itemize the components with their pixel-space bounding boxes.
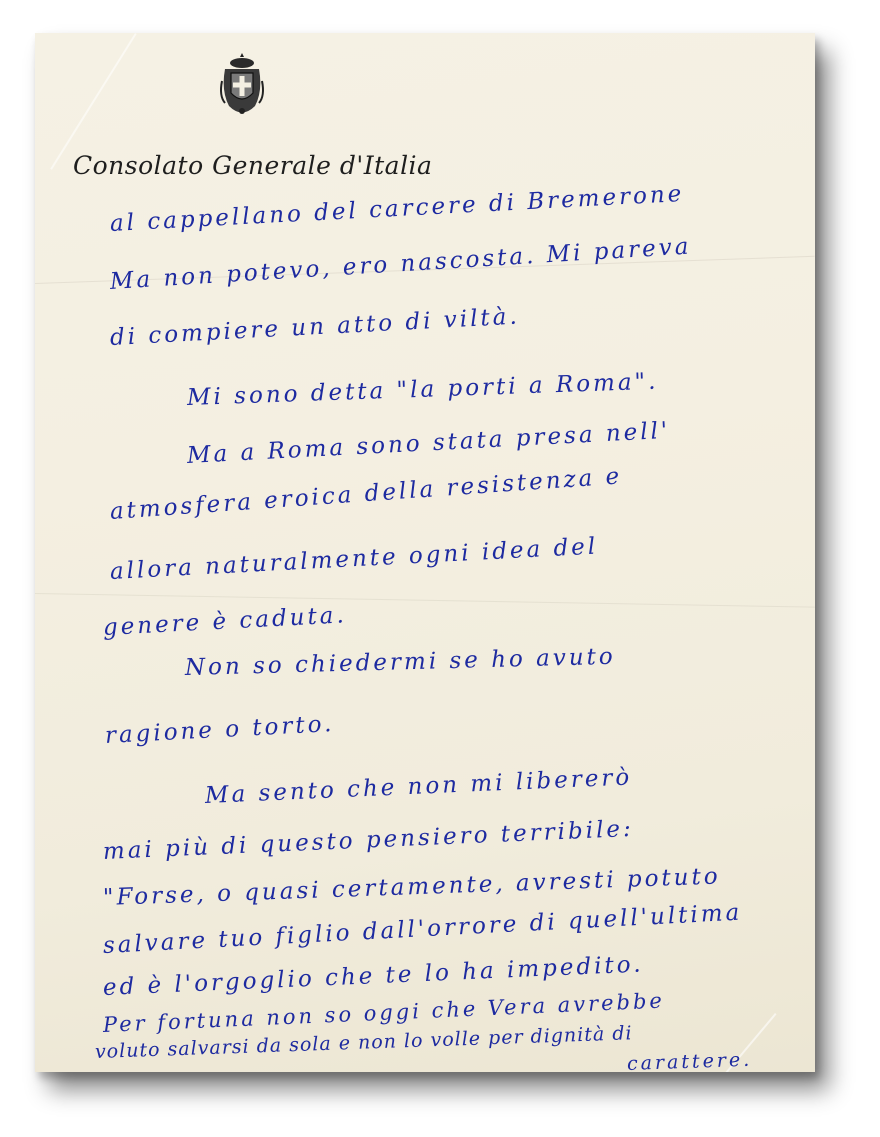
savoy-crest-icon: [217, 51, 267, 121]
handwritten-line: allora naturalmente ogni idea del: [109, 533, 598, 585]
handwritten-line: ragione o torto.: [104, 711, 335, 749]
handwritten-line: salvare tuo figlio dall'orrore di quell'…: [102, 900, 743, 959]
letterhead-title: Consolato Generale d'Italia: [73, 151, 432, 180]
handwritten-line: atmosfera eroica della resistenza e: [109, 463, 623, 525]
handwritten-line: Ma sento che non mi libererò: [204, 764, 632, 809]
handwritten-line: Ma a Roma sono stata presa nell': [186, 418, 671, 469]
paper-fold: [35, 593, 815, 608]
handwritten-line: mai più di questo pensiero terribile:: [102, 816, 634, 865]
letter-page: Consolato Generale d'Italia al cappellan…: [35, 33, 815, 1072]
handwritten-line: genere è caduta.: [102, 602, 347, 641]
handwritten-line: al cappellano del carcere di Bremerone: [109, 181, 685, 237]
handwritten-line: Non so chiedermi se ho avuto: [185, 644, 616, 681]
paper-crease: [50, 33, 136, 170]
handwritten-line: Ma non potevo, ero nascosta. Mi pareva: [109, 233, 692, 295]
handwritten-line: carattere.: [627, 1049, 753, 1072]
handwritten-line: "Forse, o quasi certamente, avresti potu…: [103, 863, 721, 911]
handwritten-line: di compiere un atto di viltà.: [109, 304, 520, 351]
handwritten-line: Mi sono detta "la porti a Roma".: [187, 369, 659, 411]
